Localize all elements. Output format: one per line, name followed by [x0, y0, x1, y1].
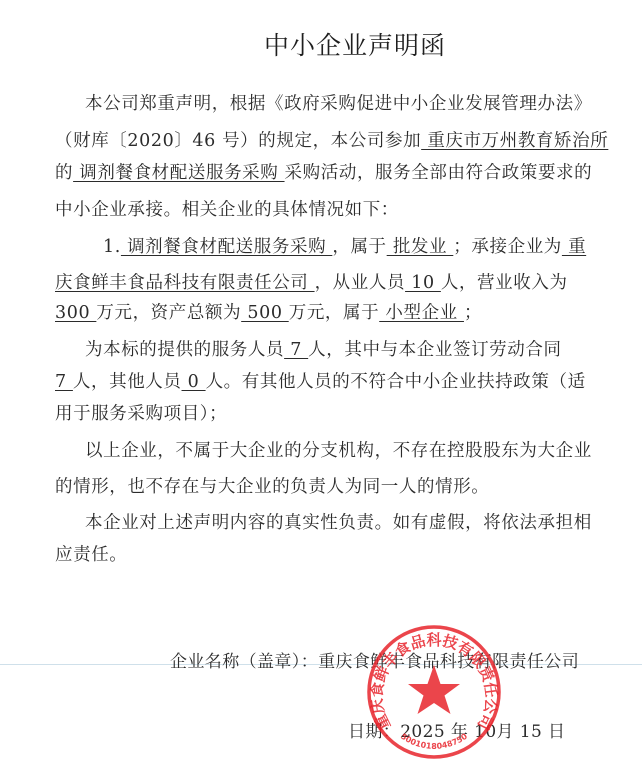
service-staff-count: 7 [284, 340, 308, 360]
item-number: 1. [103, 237, 121, 257]
text-fragment: 万元，属于 [289, 303, 380, 323]
contract-staff-count: 7 [55, 372, 73, 392]
text-fragment: 万元，资产总额为 [96, 303, 241, 323]
day-char: 日 [548, 722, 565, 742]
para1-line1: 本公司郑重声明，根据《政府采购促进中小企业发展管理办法》 [85, 93, 592, 115]
text-fragment: 人，其他人员 [73, 372, 182, 392]
text-fragment: 的 [55, 163, 73, 183]
text-fragment: 采购活动，服务全部由符合政策要求的 [285, 163, 593, 183]
para5-line2: 应责任。 [55, 544, 127, 566]
para2-line3: 300 万元，资产总额为 500 万元，属于 小型企业 ； [55, 302, 482, 324]
item-project: 调剂餐食材配送服务采购 [121, 237, 332, 257]
para3-line2: 7 人，其他人员 0 人。有其他人员的不符合中小企业扶持政策（适 [55, 371, 586, 393]
company-name-label: 企业名称（盖章）： [170, 652, 318, 672]
para4-line2: 的情形，也不存在与大企业的负责人为同一人的情形。 [55, 476, 489, 498]
para1-line2: （财库〔2020〕46 号）的规定，本公司参加 重庆市万州教育矫治所 [55, 130, 608, 152]
other-staff-count: 0 [182, 372, 206, 392]
text-fragment: 人，其中与本企业签订劳动合同 [308, 340, 561, 360]
regulation-ref: （财库〔2020〕46 号）的规定，本公司参加 [55, 131, 421, 151]
enterprise-size: 小型企业 [379, 303, 464, 323]
para2-line2: 庆食鲜丰食品科技有限责任公司 ，从业人员 10 人，营业收入为 [55, 272, 568, 294]
text-fragment: ； [464, 303, 482, 323]
text-fragment: ，属于 [332, 237, 386, 257]
company-part-a: 重 [562, 237, 586, 257]
company-seal-icon: 重庆食鲜丰食品科技有限责任公司 5001018048750 [365, 623, 503, 761]
seal-code: 5001018048750 [399, 731, 469, 750]
para3-line3: 用于服务采购项目）； [55, 403, 227, 425]
company-part-b: 庆食鲜丰食品科技有限责任公司 [55, 273, 315, 293]
text-fragment: ，从业人员 [315, 273, 406, 293]
employee-count: 10 [405, 273, 441, 293]
para1-line4: 中小企业承接。相关企业的具体情况如下： [55, 199, 399, 221]
text-fragment: ；承接企业为 [453, 237, 562, 257]
para2-line1: 1. 调剂餐食材配送服务采购 ，属于 批发业 ；承接企业为 重 [103, 236, 586, 258]
project-name: 调剂餐食材配送服务采购 [73, 163, 284, 183]
para5-line1: 本企业对上述声明内容的真实性负责。如有虚假，将依法承担相 [85, 512, 592, 534]
industry: 批发业 [387, 237, 454, 257]
assets-value: 500 [241, 303, 289, 323]
text-fragment: 人。有其他人员的不符合中小企业扶持政策（适 [206, 372, 586, 392]
text-fragment: 人，营业收入为 [441, 273, 568, 293]
purchaser-name: 重庆市万州教育矫治所 [421, 131, 608, 151]
date-day: 15 [520, 722, 542, 742]
document-title: 中小企业声明函 [0, 26, 642, 62]
para3-line1: 为本标的提供的服务人员 7 人，其中与本企业签订劳动合同 [85, 339, 562, 361]
text-fragment: 为本标的提供的服务人员 [85, 340, 284, 360]
svg-text:5001018048750: 5001018048750 [399, 731, 469, 750]
para4-line1: 以上企业，不属于大企业的分支机构，不存在控股股东为大企业 [85, 440, 592, 462]
revenue-value: 300 [55, 303, 96, 323]
para1-line3: 的 调剂餐食材配送服务采购 采购活动，服务全部由符合政策要求的 [55, 162, 592, 184]
